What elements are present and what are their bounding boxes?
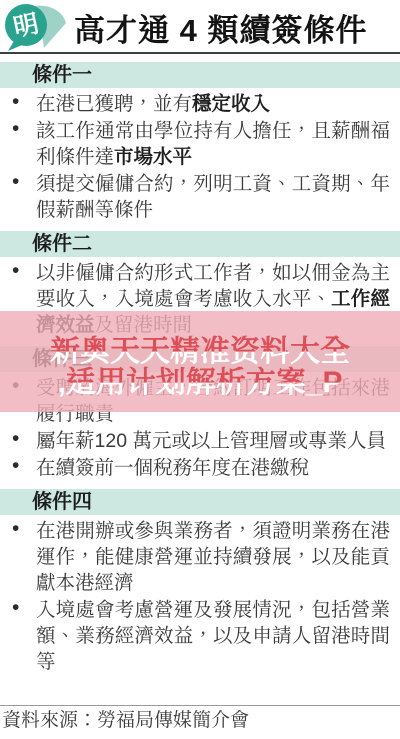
bullet-item: 該工作通常由學位持有人擔任，且薪酬福利條件達市場水平 (36, 118, 390, 170)
bullet-text-bold: 市場水平 (114, 146, 192, 168)
bullet-item: 屬年薪120 萬元或以上管理層或專業人員 (36, 428, 390, 454)
bullet-text: 屬年薪120 萬元或以上管理層或專業人員 (36, 430, 386, 452)
bullet-text: 在港已獲聘，並有 (36, 93, 192, 115)
bullet-text: 該工作通常由學位持有人擔任，且薪酬福利條件達 (36, 120, 390, 168)
bullet-item: 入境處會考慮營運及發展情況，包括營業額、業務經濟效益，以及申請人留港時間等 (36, 597, 390, 675)
bullet-item: 在港開辦或參與業務者，須證明業務在港運作，能健康營運並持續發展，以及能貢獻本港經… (36, 518, 390, 596)
bullet-item: 須提交僱傭合約，列明工資、工資期、年假薪酬等條件 (36, 171, 390, 223)
bullet-list: 在港已獲聘，並有穩定收入該工作通常由學位持有人擔任，且薪酬福利條件達市場水平須提… (0, 91, 400, 223)
source-note: 資料來源：勞福局傳媒簡介會 (2, 710, 249, 731)
watermark-overlay: 新奥天天精准资料大全 新奥天天精准资料大全 ,适用计划解析方案_P ,适用计划解… (0, 311, 400, 412)
page-title: 高才通 4 類續簽條件 (74, 5, 367, 50)
watermark-line-1: 新奥天天精准资料大全 新奥天天精准资料大全 (50, 336, 350, 367)
bullet-text: 在續簽前一個稅務年度在港繳稅 (36, 457, 309, 479)
bullet-item: 在續簽前一個稅務年度在港繳稅 (36, 455, 390, 481)
bullet-text-bold: 穩定收入 (192, 93, 270, 115)
section-header: 條件四 (0, 489, 400, 515)
bullet-text: 入境處會考慮營運及發展情況，包括營業額、業務經濟效益，以及申請人留港時間等 (36, 599, 390, 673)
footer: 資料來源：勞福局傳媒簡介會 (0, 705, 400, 739)
bullet-text: 在港開辦或參與業務者，須證明業務在港運作，能健康營運並持續發展，以及能貢獻本港經… (36, 520, 390, 594)
infographic-page: 明 高才通 4 類續簽條件 條件一 在港已獲聘，並有穩定收入該工作通常由學位持有… (0, 0, 400, 739)
bullet-text: 須提交僱傭合約，列明工資、工資期、年假薪酬等條件 (36, 173, 390, 221)
bullet-item: 在港已獲聘，並有穩定收入 (36, 91, 390, 117)
section-header: 條件二 (0, 231, 400, 257)
header: 明 高才通 4 類續簽條件 (0, 0, 400, 54)
section-header: 條件一 (0, 62, 400, 88)
mingpao-logo-icon: 明 (4, 3, 68, 51)
bullet-list: 在港開辦或參與業務者，須證明業務在港運作，能健康營運並持續發展，以及能貢獻本港經… (0, 518, 400, 675)
condition-section: 條件一 在港已獲聘，並有穩定收入該工作通常由學位持有人擔任，且薪酬福利條件達市場… (0, 62, 400, 223)
condition-section: 條件四 在港開辦或參與業務者，須證明業務在港運作，能健康營運並持續發展，以及能貢… (0, 489, 400, 675)
watermark-line-2: ,适用计划解析方案_P ,适用计划解析方案_P (57, 367, 342, 398)
